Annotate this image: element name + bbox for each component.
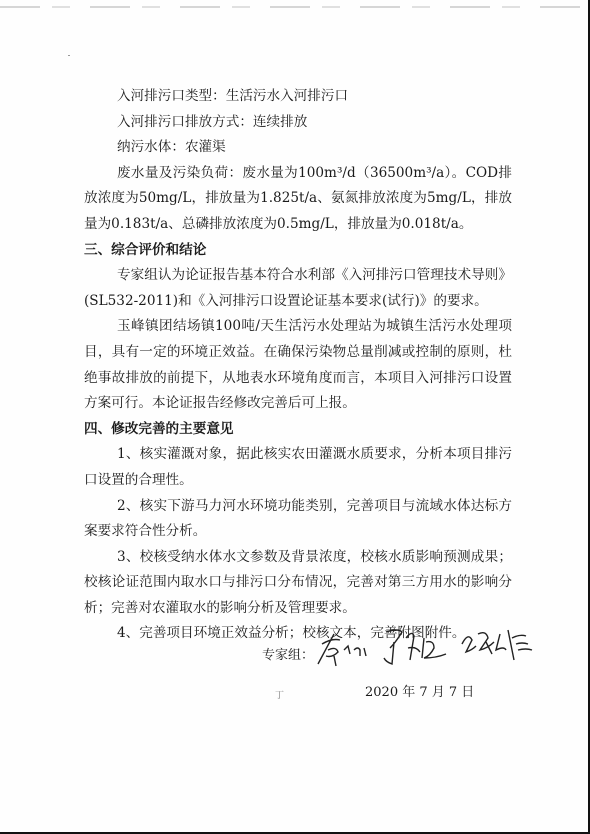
scan-speck: [68, 55, 70, 56]
stray-scan-mark: 丁: [275, 688, 284, 701]
section4-heading: 四、修改完善的主要意见: [84, 417, 512, 443]
expert-group-label: 专家组：: [262, 644, 314, 663]
receiving-water-line: 纳污水体：农灌渠: [84, 135, 512, 161]
signature-3-icon: [458, 620, 542, 670]
outlet-type-line: 入河排污口类型：生活污水入河排污口: [84, 84, 512, 110]
section4-item-2: 2、核实下游马力河水环境功能类别，完善项目与流域水体达标方案要求符合性分析。: [84, 494, 512, 545]
section3-heading: 三、综合评价和结论: [84, 238, 512, 264]
pollution-load-paragraph: 废水量及污染负荷：废水量为100m³/d（36500m³/a）。COD排放浓度为…: [84, 161, 512, 238]
signature-1-icon: [314, 620, 374, 670]
section4-item-1: 1、核实灌溉对象，据此核实农田灌溉水质要求，分析本项目排污口设置的合理性。: [84, 442, 512, 493]
section3-paragraph-1: 专家组认为论证报告基本符合水利部《入河排污口管理技术导则》(SL532-2011…: [84, 263, 512, 314]
signature-date: 2020 年 7 月 7 日: [365, 681, 474, 700]
scanned-page: 入河排污口类型：生活污水入河排污口 入河排污口排放方式：连续排放 纳污水体：农灌…: [0, 0, 590, 834]
section3-paragraph-2: 玉峰镇团结场镇100吨/天生活污水处理站为城镇生活污水处理项目，具有一定的环境正…: [84, 314, 512, 416]
section4-item-3: 3、校核受纳水体水文参数及背景浓度，校核水质影响预测成果；校核论证范围内取水口与…: [84, 545, 512, 622]
expert-group-signatures: 专家组：: [262, 620, 542, 680]
document-body: 入河排污口类型：生活污水入河排污口 入河排污口排放方式：连续排放 纳污水体：农灌…: [84, 84, 512, 647]
discharge-mode-line: 入河排污口排放方式：连续排放: [84, 110, 512, 136]
scan-artifact-top: [0, 6, 590, 8]
signature-2-icon: [380, 620, 452, 670]
